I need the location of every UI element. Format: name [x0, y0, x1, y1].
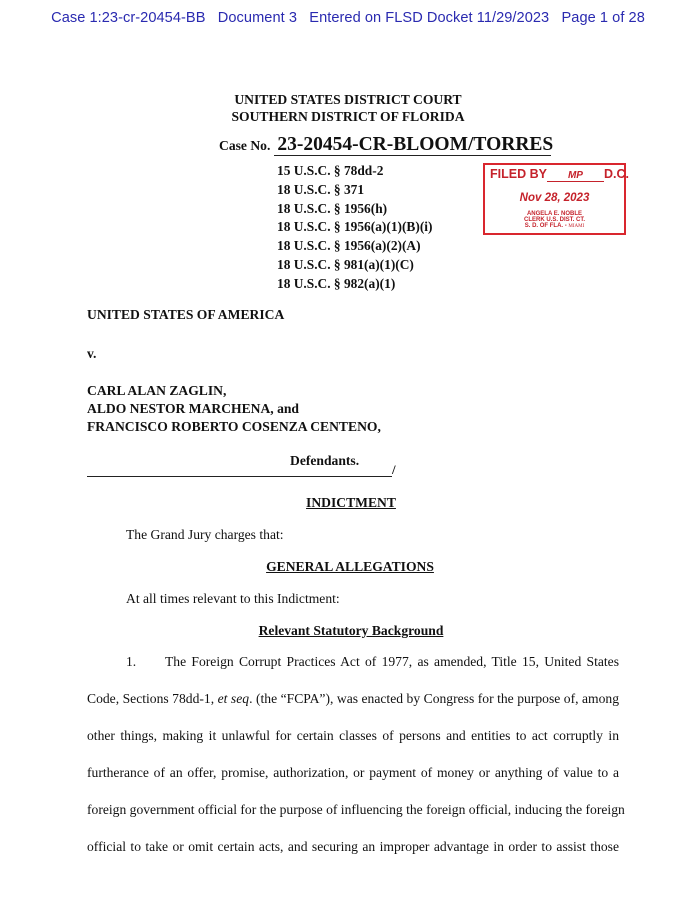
filed-by-label: FILED BY: [490, 167, 547, 181]
paragraph-1-line: 1.The Foreign Corrupt Practices Act of 1…: [126, 654, 619, 670]
defendant-name: CARL ALAN ZAGLIN,: [87, 383, 226, 399]
paragraph-1-line: foreign government official for the purp…: [87, 802, 619, 818]
statute-item: 18 U.S.C. § 981(a)(1)(C): [277, 256, 432, 275]
case-number: Case No. 23-20454-CR-BLOOM/TORRES: [219, 135, 551, 156]
clerk-block: ANGELA E. NOBLE CLERK U.S. DIST. CT. S. …: [485, 211, 624, 231]
paragraph-1-line: other things, making it unlawful for cer…: [87, 728, 619, 744]
statutory-background-heading: Relevant Statutory Background: [3, 623, 696, 639]
dc-label: D.C.: [604, 167, 629, 181]
case-number-label: Case No.: [219, 138, 270, 153]
filed-by-initials: MP: [547, 170, 604, 182]
statute-item: 18 U.S.C. § 1956(a)(2)(A): [277, 237, 432, 256]
paragraph-1-italic: et seq: [218, 691, 249, 706]
caption-divider: [87, 476, 392, 477]
paragraph-number: 1.: [126, 654, 165, 670]
general-allegations-heading: GENERAL ALLEGATIONS: [2, 559, 696, 575]
statute-item: 15 U.S.C. § 78dd-2: [277, 162, 432, 181]
paragraph-1-text: . (the “FCPA”), was enacted by Congress …: [249, 691, 619, 706]
indictment-heading: INDICTMENT: [3, 495, 696, 511]
defendant-name: FRANCISCO ROBERTO COSENZA CENTENO,: [87, 419, 381, 435]
plaintiff: UNITED STATES OF AMERICA: [87, 307, 284, 323]
paragraph-1-line: Code, Sections 78dd-1, et seq. (the “FCP…: [87, 691, 619, 707]
statute-item: 18 U.S.C. § 371: [277, 181, 432, 200]
statute-item: 18 U.S.C. § 1956(h): [277, 200, 432, 219]
statutory-background-heading-text: Relevant Statutory Background: [259, 623, 444, 638]
filed-by-line: FILED BYMPD.C.: [490, 167, 621, 182]
defendant-name: ALDO NESTOR MARCHENA, and: [87, 401, 299, 417]
filed-date: Nov 28, 2023: [485, 192, 624, 204]
clerk-city: MIAMI: [568, 224, 584, 229]
paragraph-1-text: Code, Sections 78dd-1,: [87, 691, 218, 706]
general-allegations-heading-text: GENERAL ALLEGATIONS: [266, 559, 434, 574]
caption-slash: /: [392, 462, 396, 478]
case-number-value: 23-20454-CR-BLOOM/TORRES: [274, 135, 551, 156]
versus: v.: [87, 346, 96, 362]
clerk-district: S. D. OF FLA. - MIAMI: [485, 223, 624, 230]
paragraph-1-line: official to take or omit certain acts, a…: [87, 839, 619, 855]
docket-header: Case 1:23-cr-20454-BB Document 3 Entered…: [0, 10, 696, 26]
at-all-times-intro: At all times relevant to this Indictment…: [126, 591, 340, 607]
grand-jury-intro: The Grand Jury charges that:: [126, 527, 284, 543]
statute-list: 15 U.S.C. § 78dd-2 18 U.S.C. § 371 18 U.…: [277, 162, 432, 294]
paragraph-1-text: The Foreign Corrupt Practices Act of 197…: [165, 654, 619, 669]
indictment-heading-text: INDICTMENT: [306, 495, 396, 510]
defendants-label: Defendants.: [290, 453, 359, 469]
court-district: SOUTHERN DISTRICT OF FLORIDA: [0, 109, 696, 125]
court-name: UNITED STATES DISTRICT COURT: [0, 92, 696, 108]
statute-item: 18 U.S.C. § 982(a)(1): [277, 275, 432, 294]
paragraph-1-line: furtherance of an offer, promise, author…: [87, 765, 619, 781]
filed-stamp: FILED BYMPD.C. Nov 28, 2023 ANGELA E. NO…: [483, 163, 626, 235]
clerk-district-text: S. D. OF FLA. -: [525, 223, 567, 229]
statute-item: 18 U.S.C. § 1956(a)(1)(B)(i): [277, 218, 432, 237]
